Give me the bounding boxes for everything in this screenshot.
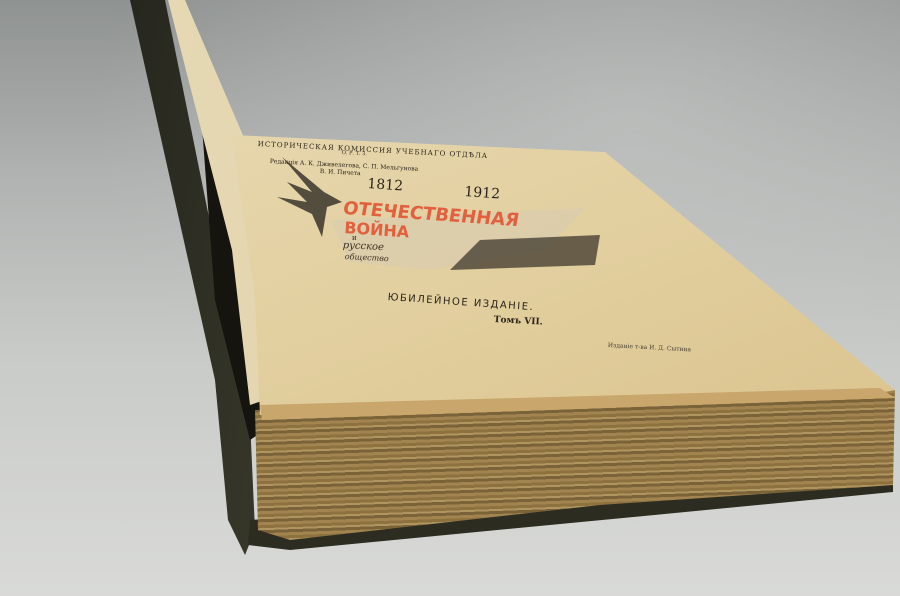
header-org: О. Р. Т. З. <box>342 150 367 157</box>
year-start: 1812 <box>367 176 404 194</box>
title-sub1: русское <box>342 240 384 253</box>
year-end: 1912 <box>464 184 501 202</box>
